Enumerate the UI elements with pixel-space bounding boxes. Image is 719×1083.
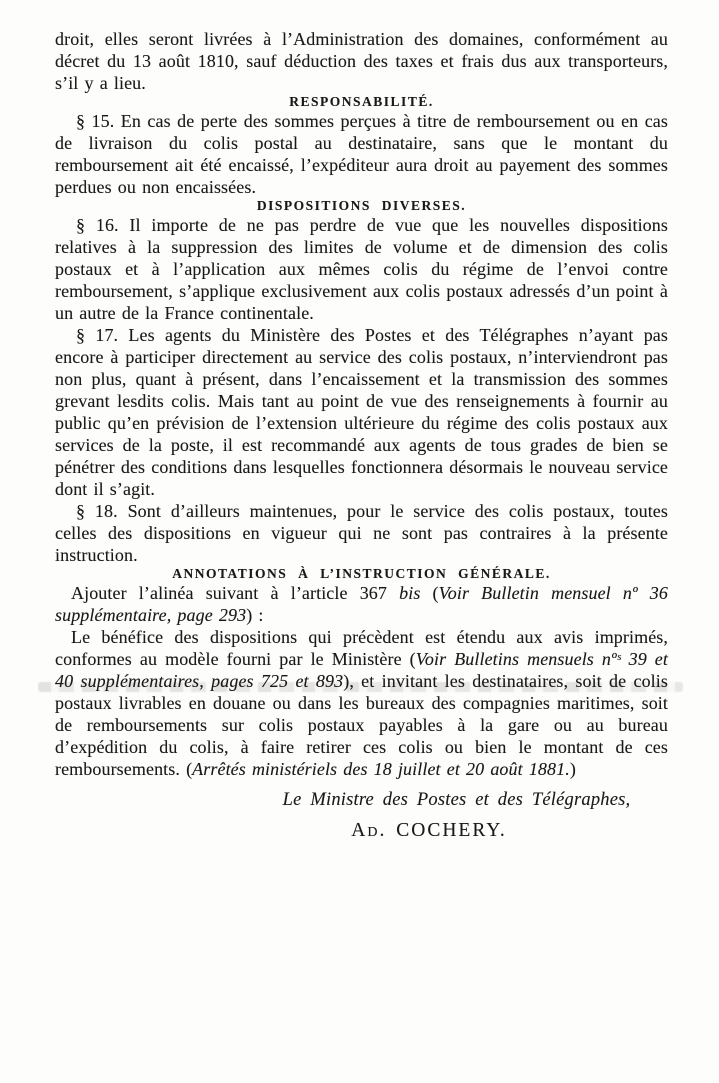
annotation-body-paragraph: Le bénéfice des dispositions qui précède… (55, 626, 668, 780)
continuation-paragraph: droit, elles seront livrées à l’Administ… (55, 28, 668, 94)
section-heading-annotations: ANNOTATIONS À L’INSTRUCTION GÉNÉRALE. (55, 566, 668, 582)
signature-title: Le Ministre des Postes et des Télégraphe… (55, 788, 668, 812)
paragraph-section-15: § 15. En cas de perte des sommes perçues… (55, 110, 668, 198)
section-heading-dispositions-diverses: DISPOSITIONS DIVERSES. (55, 198, 668, 214)
text-block: droit, elles seront livrées à l’Administ… (55, 28, 668, 843)
paragraph-section-17: § 17. Les agents du Ministère des Postes… (55, 324, 668, 500)
paragraph-section-18: § 18. Sont d’ailleurs maintenues, pour l… (55, 500, 668, 566)
signature-name: Ad. COCHERY. (55, 819, 668, 843)
scanned-document-page: droit, elles seront livrées à l’Administ… (0, 0, 719, 1083)
paragraph-section-16: § 16. Il importe de ne pas perdre de vue… (55, 214, 668, 324)
annotation-intro-paragraph: Ajouter l’alinéa suivant à l’article 367… (55, 582, 668, 626)
section-heading-responsabilite: RESPONSABILITÉ. (55, 94, 668, 110)
